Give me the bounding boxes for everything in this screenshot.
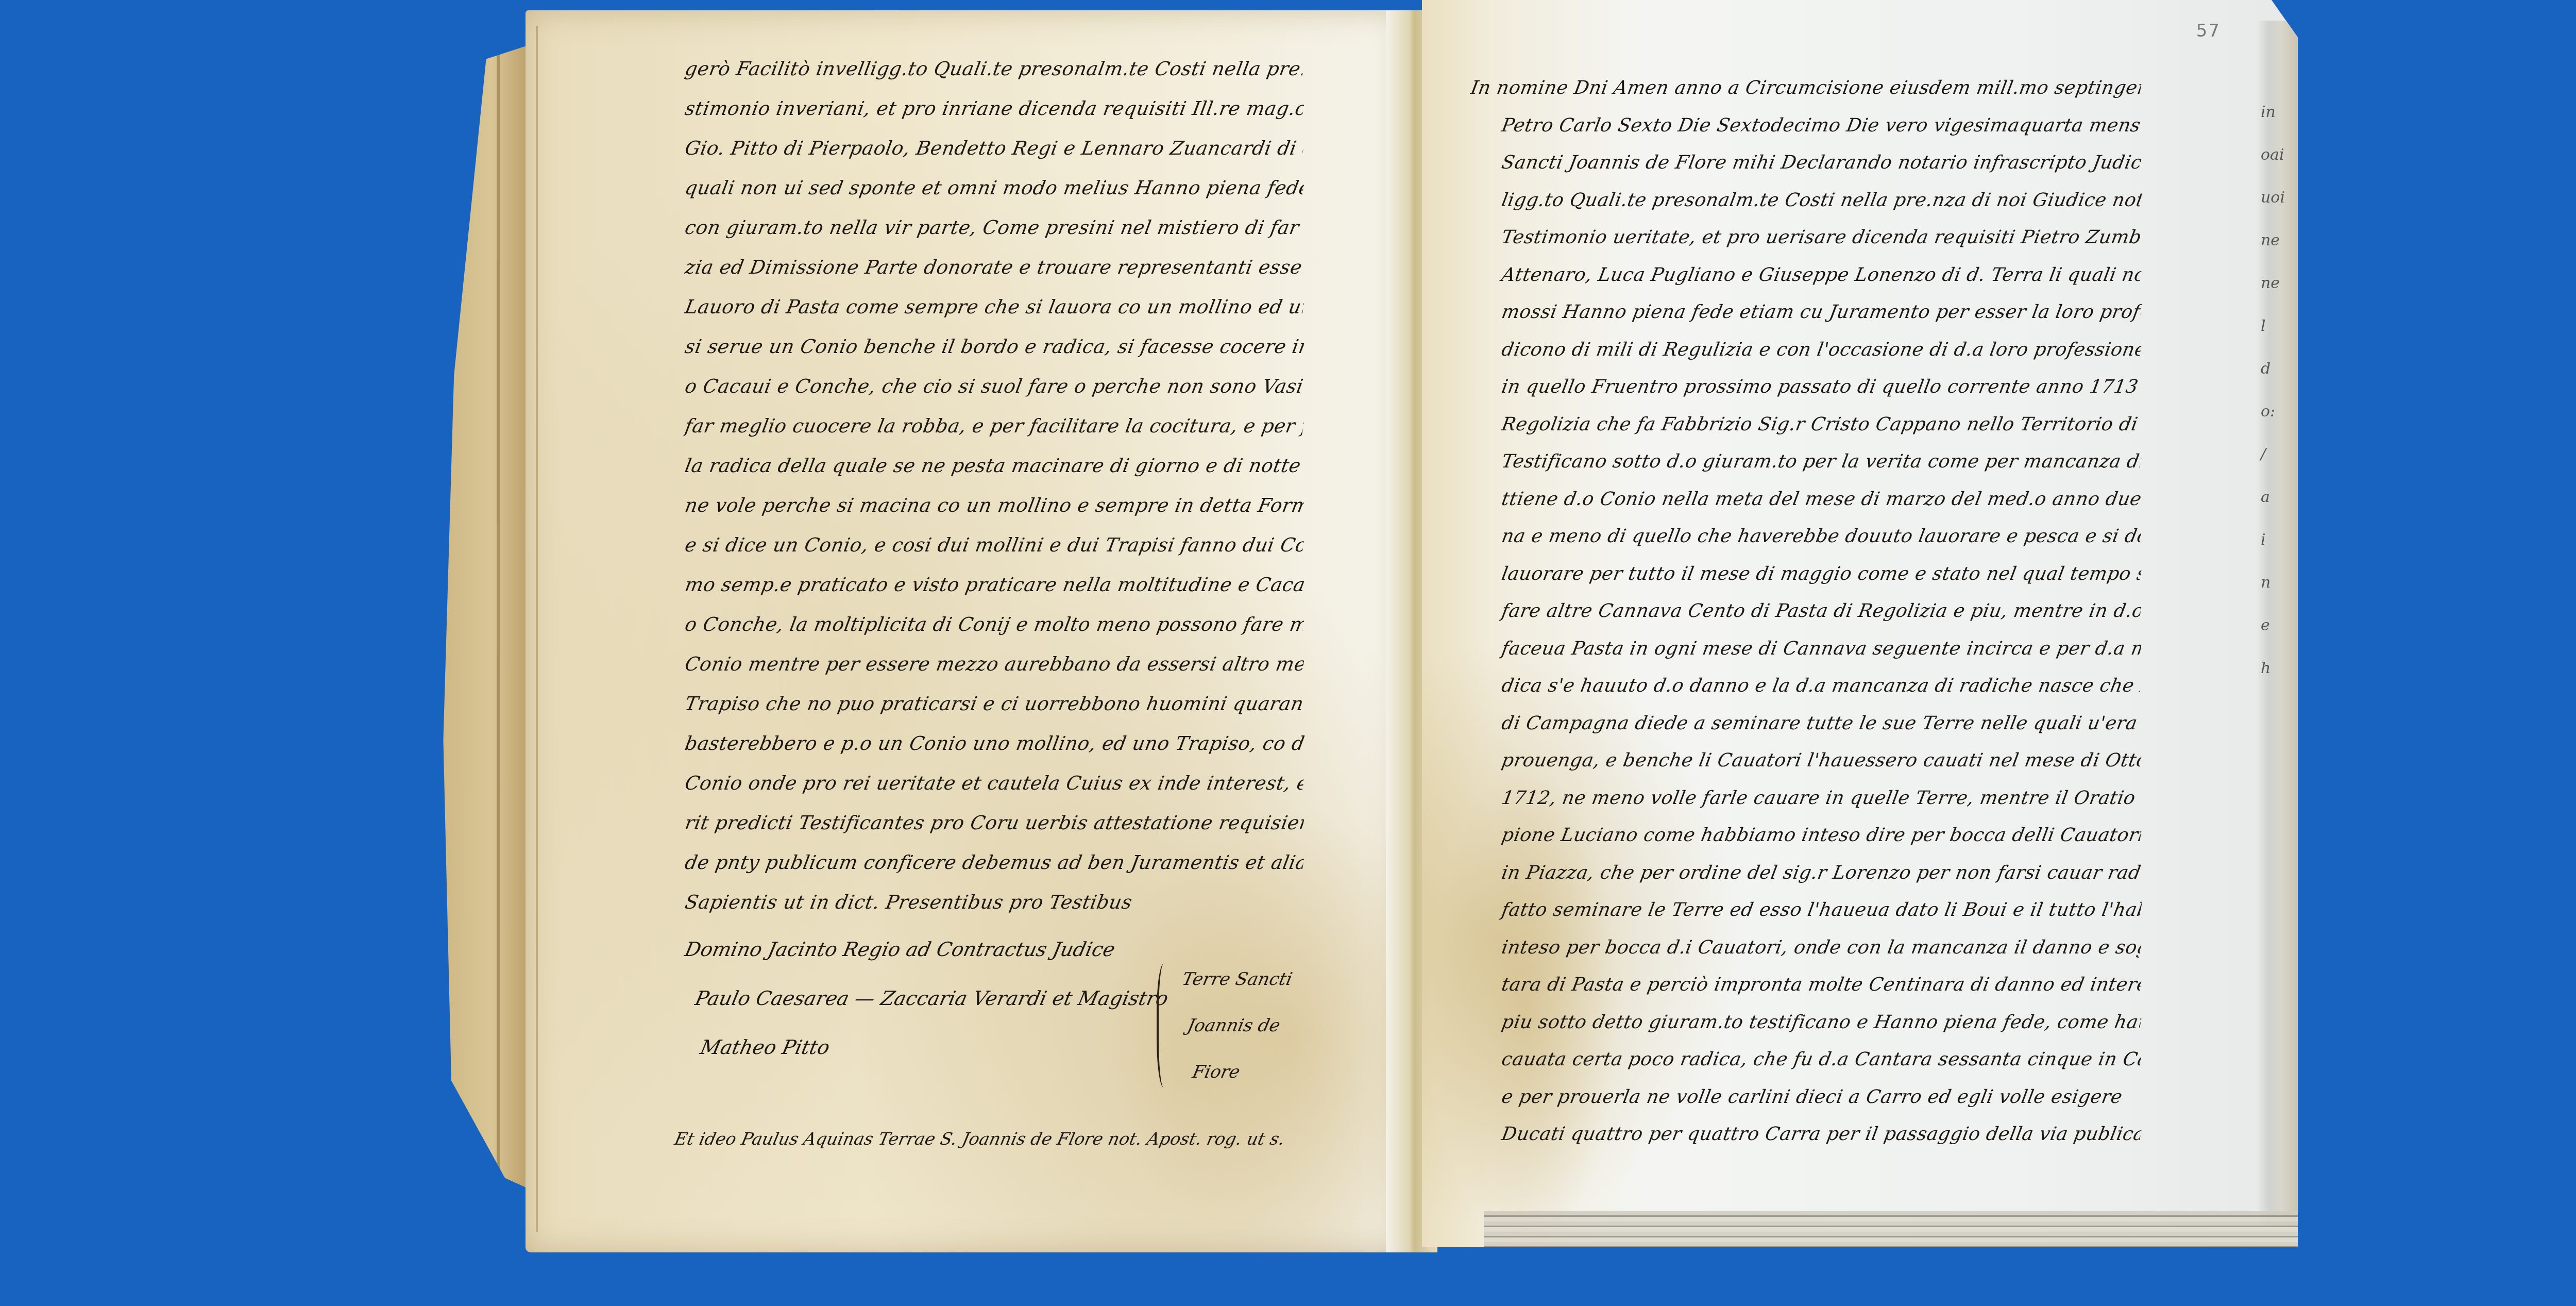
handwritten-line: Sapientis ut in dict. Presentibus pro Te… <box>682 882 1307 922</box>
handwritten-line: Petro Carlo Sexto Die Sextodecimo Die ve… <box>1468 107 2144 145</box>
handwritten-line: e si dice un Conio, e cosi dui mollini e… <box>682 525 1307 565</box>
margin-fragment: ne <box>2261 231 2292 249</box>
margin-fragment: i <box>2261 531 2292 549</box>
signature-line: Matheo Pitto <box>698 1036 832 1059</box>
page-number: 57 <box>2196 21 2221 41</box>
margin-fragment: h <box>2261 659 2292 677</box>
handwritten-line: zia ed Dimissione Parte donorate e troua… <box>682 247 1307 287</box>
handwritten-line: In nomine Dni Amen anno a Circumcisione … <box>1468 70 2144 107</box>
handwritten-line: piu sotto detto giuram.to testificano e … <box>1468 1004 2144 1042</box>
signature-line: Domino Jacinto Regio ad Contractus Judic… <box>683 938 1117 961</box>
brace-mark <box>1157 964 1174 1087</box>
handwritten-line: si serue un Conio benche il bordo e radi… <box>682 327 1307 366</box>
bottom-page-edges <box>1484 1211 2298 1247</box>
handwritten-line: 1712, ne meno volle farle cauare in quel… <box>1468 780 2144 817</box>
handwritten-line: o Conche, la moltiplicita di Conij e mol… <box>682 605 1307 644</box>
handwritten-line: stimonio inveriani, et pro inriane dicen… <box>682 89 1307 128</box>
handwritten-line: con giuram.to nella vir parte, Come pres… <box>682 208 1307 247</box>
signature-block: Domino Jacinto Regio ad Contractus Judic… <box>680 928 1324 1196</box>
handwritten-line: gerò Facilitò invelligg.to Quali.te pres… <box>682 49 1307 89</box>
handwritten-line: dica s'e hauuto d.o danno e la d.a manca… <box>1468 667 2144 705</box>
handwritten-line: in Piazza, che per ordine del sig.r Lore… <box>1468 855 2144 892</box>
signature-line: Paulo Caesarea — Zaccaria Verardi et Mag… <box>693 987 1170 1010</box>
handwritten-line: basterebbero e p.o un Conio uno mollino,… <box>682 724 1307 763</box>
handwritten-line: na e meno di quello che haverebbe douuto… <box>1468 518 2144 556</box>
left-page-text: gerò Facilitò invelligg.to Quali.te pres… <box>685 49 1303 922</box>
handwritten-line: fatto seminare le Terre ed esso l'haueua… <box>1468 892 2144 929</box>
handwritten-line: e per prouerla ne volle carlini dieci a … <box>1468 1079 2144 1116</box>
right-page-text: In nomine Dni Amen anno a Circumcisione … <box>1471 70 2141 1153</box>
handwritten-line: mo semp.e praticato e visto praticare ne… <box>682 565 1307 605</box>
page-edge-line <box>497 41 500 1185</box>
handwritten-line: quali non ui sed sponte et omni modo mel… <box>682 168 1307 208</box>
margin-fragment: ne <box>2261 274 2292 292</box>
margin-fragment: n <box>2261 574 2292 592</box>
handwritten-line: ligg.to Quali.te presonalm.te Costi nell… <box>1468 182 2144 220</box>
handwritten-line: de pnty publicum conficere debemus ad be… <box>682 843 1307 882</box>
handwritten-line: fare altre Cannava Cento di Pasta di Reg… <box>1468 593 2144 630</box>
page-fold-line <box>536 26 538 1232</box>
margin-fragment: oai <box>2261 146 2292 164</box>
margin-fragment: l <box>2261 317 2292 335</box>
margin-fragment: e <box>2261 616 2292 634</box>
notary-signature: Et ideo Paulus Aquinas Terrae S. Joannis… <box>673 1129 1286 1149</box>
handwritten-line: Gio. Pitto di Pierpaolo, Bendetto Regi e… <box>682 128 1307 168</box>
handwritten-line: Conio mentre per essere mezzo aurebbano … <box>682 644 1307 684</box>
margin-fragments: in oai uoi ne ne l d o: / a i n e h <box>2261 103 2292 677</box>
signature-line: Terre Sancti <box>1180 969 1294 990</box>
handwritten-line: in quello Fruentro prossimo passato di q… <box>1468 369 2144 406</box>
handwritten-line: ne vole perche si macina co un mollino e… <box>682 485 1307 525</box>
handwritten-line: tara di Pasta e perciò impronta molte Ce… <box>1468 966 2144 1004</box>
handwritten-line: pione Luciano come habbiamo inteso dire … <box>1468 817 2144 855</box>
handwritten-line: Sancti Joannis de Flore mihi Declarando … <box>1468 144 2144 182</box>
manuscript-photo: 57 in oai uoi ne ne l d o: / a i n e h g… <box>0 0 2576 1306</box>
signature-line: Fiore <box>1191 1062 1242 1082</box>
margin-fragment: in <box>2261 103 2292 121</box>
handwritten-line: prouenga, e benche li Cauatori l'hauesse… <box>1468 742 2144 780</box>
handwritten-line: ttiene d.o Conio nella meta del mese di … <box>1468 481 2144 518</box>
handwritten-line: cauata certa poco radica, che fu d.a Can… <box>1468 1041 2144 1079</box>
margin-fragment: / <box>2261 445 2292 463</box>
margin-fragment: o: <box>2261 403 2292 421</box>
handwritten-line: la radica della quale se ne pesta macina… <box>682 446 1307 485</box>
handwritten-line: Testimonio ueritate, et pro uerisare dic… <box>1468 219 2144 257</box>
margin-fragment: d <box>2261 360 2292 378</box>
handwritten-line: Testificano sotto d.o giuram.to per la v… <box>1468 443 2144 481</box>
handwritten-line: rit predicti Testificantes pro Coru uerb… <box>682 803 1307 843</box>
margin-fragment: uoi <box>2261 189 2292 207</box>
handwritten-line: Trapiso che no puo praticarsi e ci uorre… <box>682 684 1307 724</box>
handwritten-line: di Campagna diede a seminare tutte le su… <box>1468 705 2144 743</box>
handwritten-line: mossi Hanno piena fede etiam cu Jurament… <box>1468 294 2144 331</box>
handwritten-line: inteso per bocca d.i Cauatori, onde con … <box>1468 929 2144 967</box>
handwritten-line: Ducati quattro per quattro Carra per il … <box>1468 1116 2144 1153</box>
margin-fragment: a <box>2261 488 2292 506</box>
signature-line: Joannis de <box>1185 1015 1282 1036</box>
handwritten-line: Lauoro di Pasta come sempre che si lauor… <box>682 287 1307 327</box>
handwritten-line: Attenaro, Luca Pugliano e Giuseppe Lonen… <box>1468 257 2144 294</box>
handwritten-line: dicono di mili di Regulizia e con l'occa… <box>1468 331 2144 369</box>
handwritten-line: far meglio cuocere la robba, e per facil… <box>682 406 1307 446</box>
handwritten-line: Conio onde pro rei ueritate et cautela C… <box>682 763 1307 803</box>
handwritten-line: faceua Pasta in ogni mese di Cannava seg… <box>1468 630 2144 668</box>
handwritten-line: Regolizia che fa Fabbrizio Sig.r Cristo … <box>1468 406 2144 444</box>
handwritten-line: o Cacaui e Conche, che cio si suol fare … <box>682 366 1307 406</box>
handwritten-line: lauorare per tutto il mese di maggio com… <box>1468 556 2144 593</box>
